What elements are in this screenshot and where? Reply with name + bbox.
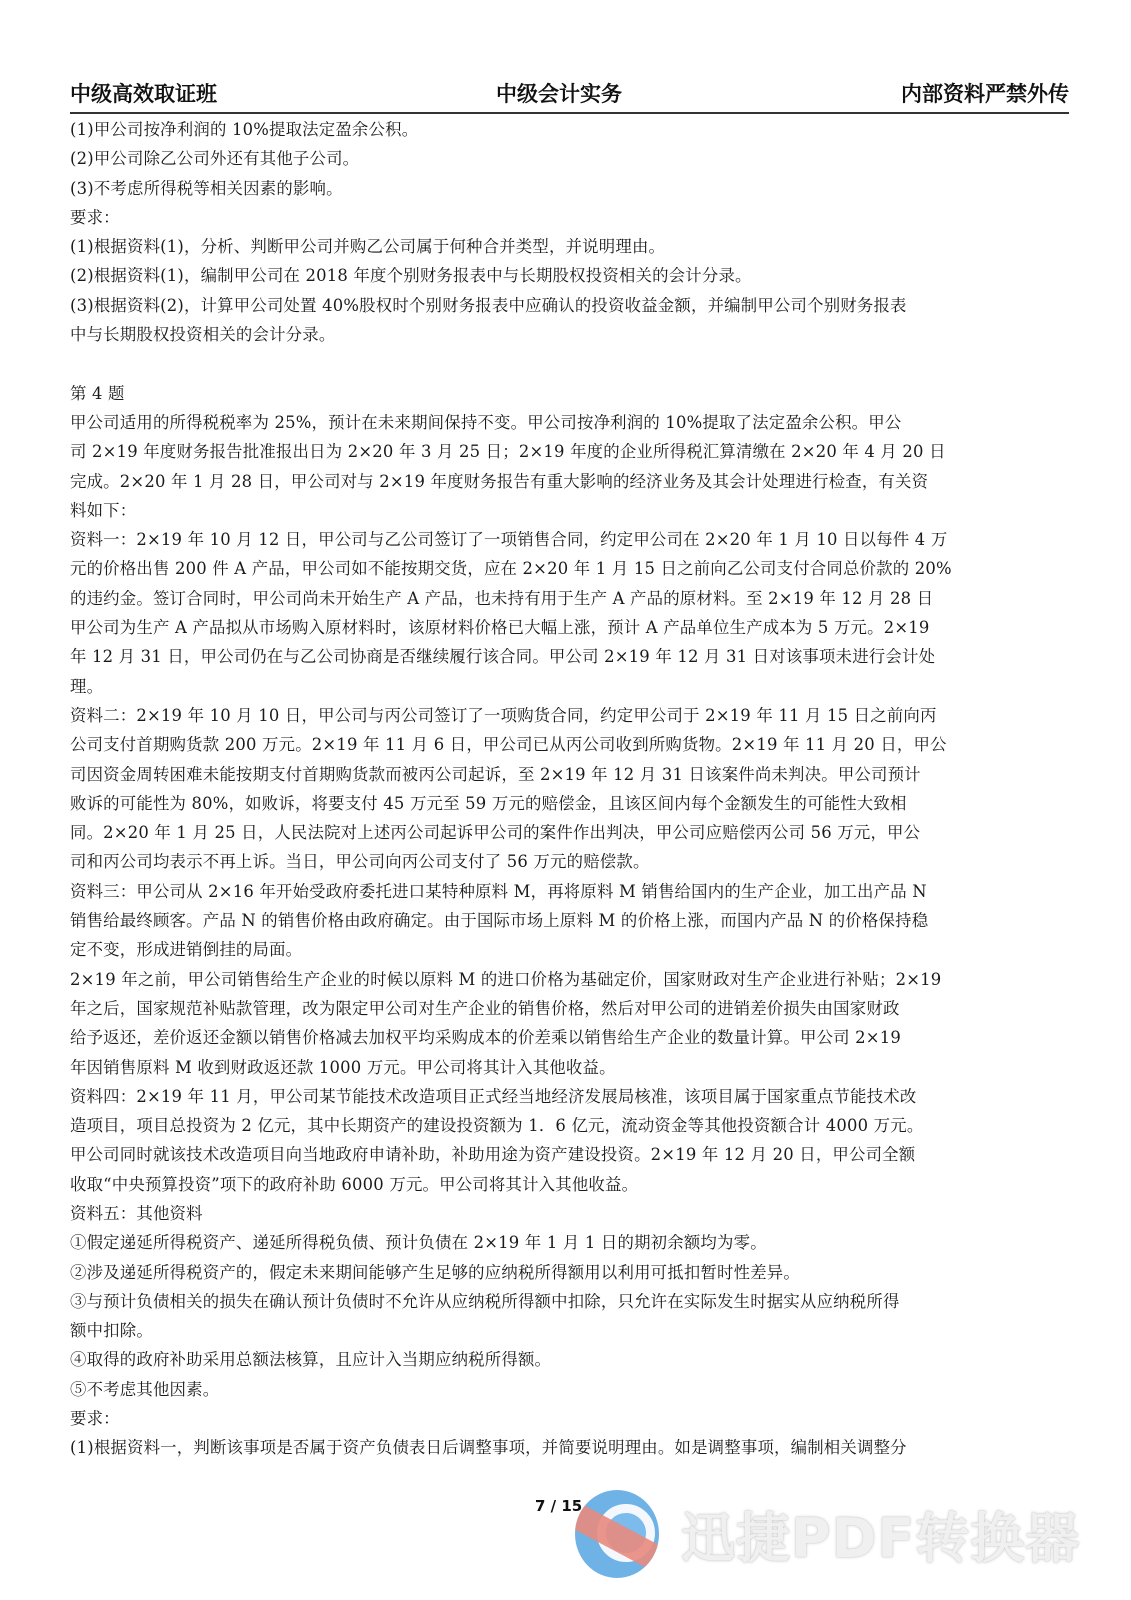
text-line: 料如下：	[70, 496, 1066, 525]
text-line: 甲公司同时就该技术改造项目向当地政府申请补助，补助用途为资产建设投资。2×19 …	[70, 1140, 1066, 1169]
text-line: 资料二：2×19 年 10 月 10 日，甲公司与丙公司签订了一项购货合同，约定…	[70, 701, 1066, 730]
text-line: 造项目，项目总投资为 2 亿元，其中长期资产的建设投资额为 1．6 亿元，流动资…	[70, 1111, 1066, 1140]
text-line: 要求：	[70, 1404, 1066, 1433]
text-line: 定不变，形成进销倒挂的局面。	[70, 935, 1066, 964]
page-header: 中级高效取证班 中级会计实务 内部资料严禁外传	[70, 78, 1069, 114]
text-line: 甲公司为生产 A 产品拟从市场购入原材料时，该原材料价格已大幅上涨，预计 A 产…	[70, 613, 1066, 642]
text-line: (1)甲公司按净利润的 10%提取法定盈余公积。	[70, 115, 1066, 144]
text-line: 资料四：2×19 年 11 月，甲公司某节能技术改造项目正式经当地经济发展局核准…	[70, 1082, 1066, 1111]
text-line: ⑤不考虑其他因素。	[70, 1375, 1066, 1404]
text-line: 中与长期股权投资相关的会计分录。	[70, 320, 1066, 349]
text-line: 年之后，国家规范补贴款管理，改为限定甲公司对生产企业的销售价格，然后对甲公司的进…	[70, 994, 1066, 1023]
text-line: (2)根据资料(1)，编制甲公司在 2018 年度个别财务报表中与长期股权投资相…	[70, 261, 1066, 290]
blank-line	[70, 349, 1066, 378]
text-line: 额中扣除。	[70, 1316, 1066, 1345]
text-line: 败诉的可能性为 80%，如败诉，将要支付 45 万元至 59 万元的赔偿金，且该…	[70, 789, 1066, 818]
text-line: 同。2×20 年 1 月 25 日，人民法院对上述丙公司起诉甲公司的案件作出判决…	[70, 818, 1066, 847]
header-confidential-notice: 内部资料严禁外传	[901, 78, 1069, 112]
text-line: ②涉及递延所得税资产的，假定未来期间能够产生足够的应纳税所得额用以利用可抵扣暂时…	[70, 1258, 1066, 1287]
text-line: ④取得的政府补助采用总额法核算，且应计入当期应纳税所得额。	[70, 1345, 1066, 1374]
text-line: 元的价格出售 200 件 A 产品，甲公司如不能按期交货，应在 2×20 年 1…	[70, 554, 1066, 583]
xunjie-pdf-logo-icon	[575, 1490, 659, 1578]
text-line: 年 12 月 31 日，甲公司仍在与乙公司协商是否继续履行该合同。甲公司 2×1…	[70, 642, 1066, 671]
text-line: 第 4 题	[70, 379, 1066, 408]
text-line: 资料一：2×19 年 10 月 12 日，甲公司与乙公司签订了一项销售合同，约定…	[70, 525, 1066, 554]
text-line: 年因销售原料 M 收到财政返还款 1000 万元。甲公司将其计入其他收益。	[70, 1053, 1066, 1082]
text-line: 司和丙公司均表示不再上诉。当日，甲公司向丙公司支付了 56 万元的赔偿款。	[70, 847, 1066, 876]
text-line: 完成。2×20 年 1 月 28 日，甲公司对与 2×19 年度财务报告有重大影…	[70, 467, 1066, 496]
text-line: (2)甲公司除乙公司外还有其他子公司。	[70, 144, 1066, 173]
text-line: 司因资金周转困难未能按期支付首期购货款而被丙公司起诉，至 2×19 年 12 月…	[70, 760, 1066, 789]
text-line: ①假定递延所得税资产、递延所得税负债、预计负债在 2×19 年 1 月 1 日的…	[70, 1228, 1066, 1257]
text-line: 给予返还，差价返还金额以销售价格减去加权平均采购成本的价差乘以销售给生产企业的数…	[70, 1023, 1066, 1052]
text-line: ③与预计负债相关的损失在确认预计负债时不允许从应纳税所得额中扣除，只允许在实际发…	[70, 1287, 1066, 1316]
text-line: 2×19 年之前，甲公司销售给生产企业的时候以原料 M 的进口价格为基础定价，国…	[70, 965, 1066, 994]
header-course-name: 中级高效取证班	[70, 78, 217, 112]
text-line: 甲公司适用的所得税税率为 25%，预计在未来期间保持不变。甲公司按净利润的 10…	[70, 408, 1066, 437]
text-line: (3)根据资料(2)，计算甲公司处置 40%股权时个别财务报表中应确认的投资收益…	[70, 291, 1066, 320]
header-subject-title: 中级会计实务	[496, 78, 622, 112]
watermark-text: 迅捷PDF转换器	[681, 1496, 1080, 1573]
text-line: 要求：	[70, 203, 1066, 232]
text-line: 销售给最终顾客。产品 N 的销售价格由政府确定。由于国际市场上原料 M 的价格上…	[70, 906, 1066, 935]
watermark: 迅捷PDF转换器	[575, 1490, 1080, 1578]
text-line: 理。	[70, 672, 1066, 701]
text-line: 的违约金。签订合同时，甲公司尚未开始生产 A 产品，也未持有用于生产 A 产品的…	[70, 584, 1066, 613]
text-line: (1)根据资料一，判断该事项是否属于资产负债表日后调整事项，并简要说明理由。如是…	[70, 1433, 1066, 1462]
text-line: (1)根据资料(1)，分析、判断甲公司并购乙公司属于何种合并类型，并说明理由。	[70, 232, 1066, 261]
text-line: 司 2×19 年度财务报告批准报出日为 2×20 年 3 月 25 日；2×19…	[70, 437, 1066, 466]
text-line: 资料五：其他资料	[70, 1199, 1066, 1228]
text-line: 资料三：甲公司从 2×16 年开始受政府委托进口某特种原料 M，再将原料 M 销…	[70, 877, 1066, 906]
document-body: (1)甲公司按净利润的 10%提取法定盈余公积。(2)甲公司除乙公司外还有其他子…	[70, 115, 1066, 1463]
text-line: (3)不考虑所得税等相关因素的影响。	[70, 174, 1066, 203]
text-line: 公司支付首期购货款 200 万元。2×19 年 11 月 6 日，甲公司已从丙公…	[70, 730, 1066, 759]
text-line: 收取“中央预算投资”项下的政府补助 6000 万元。甲公司将其计入其他收益。	[70, 1170, 1066, 1199]
